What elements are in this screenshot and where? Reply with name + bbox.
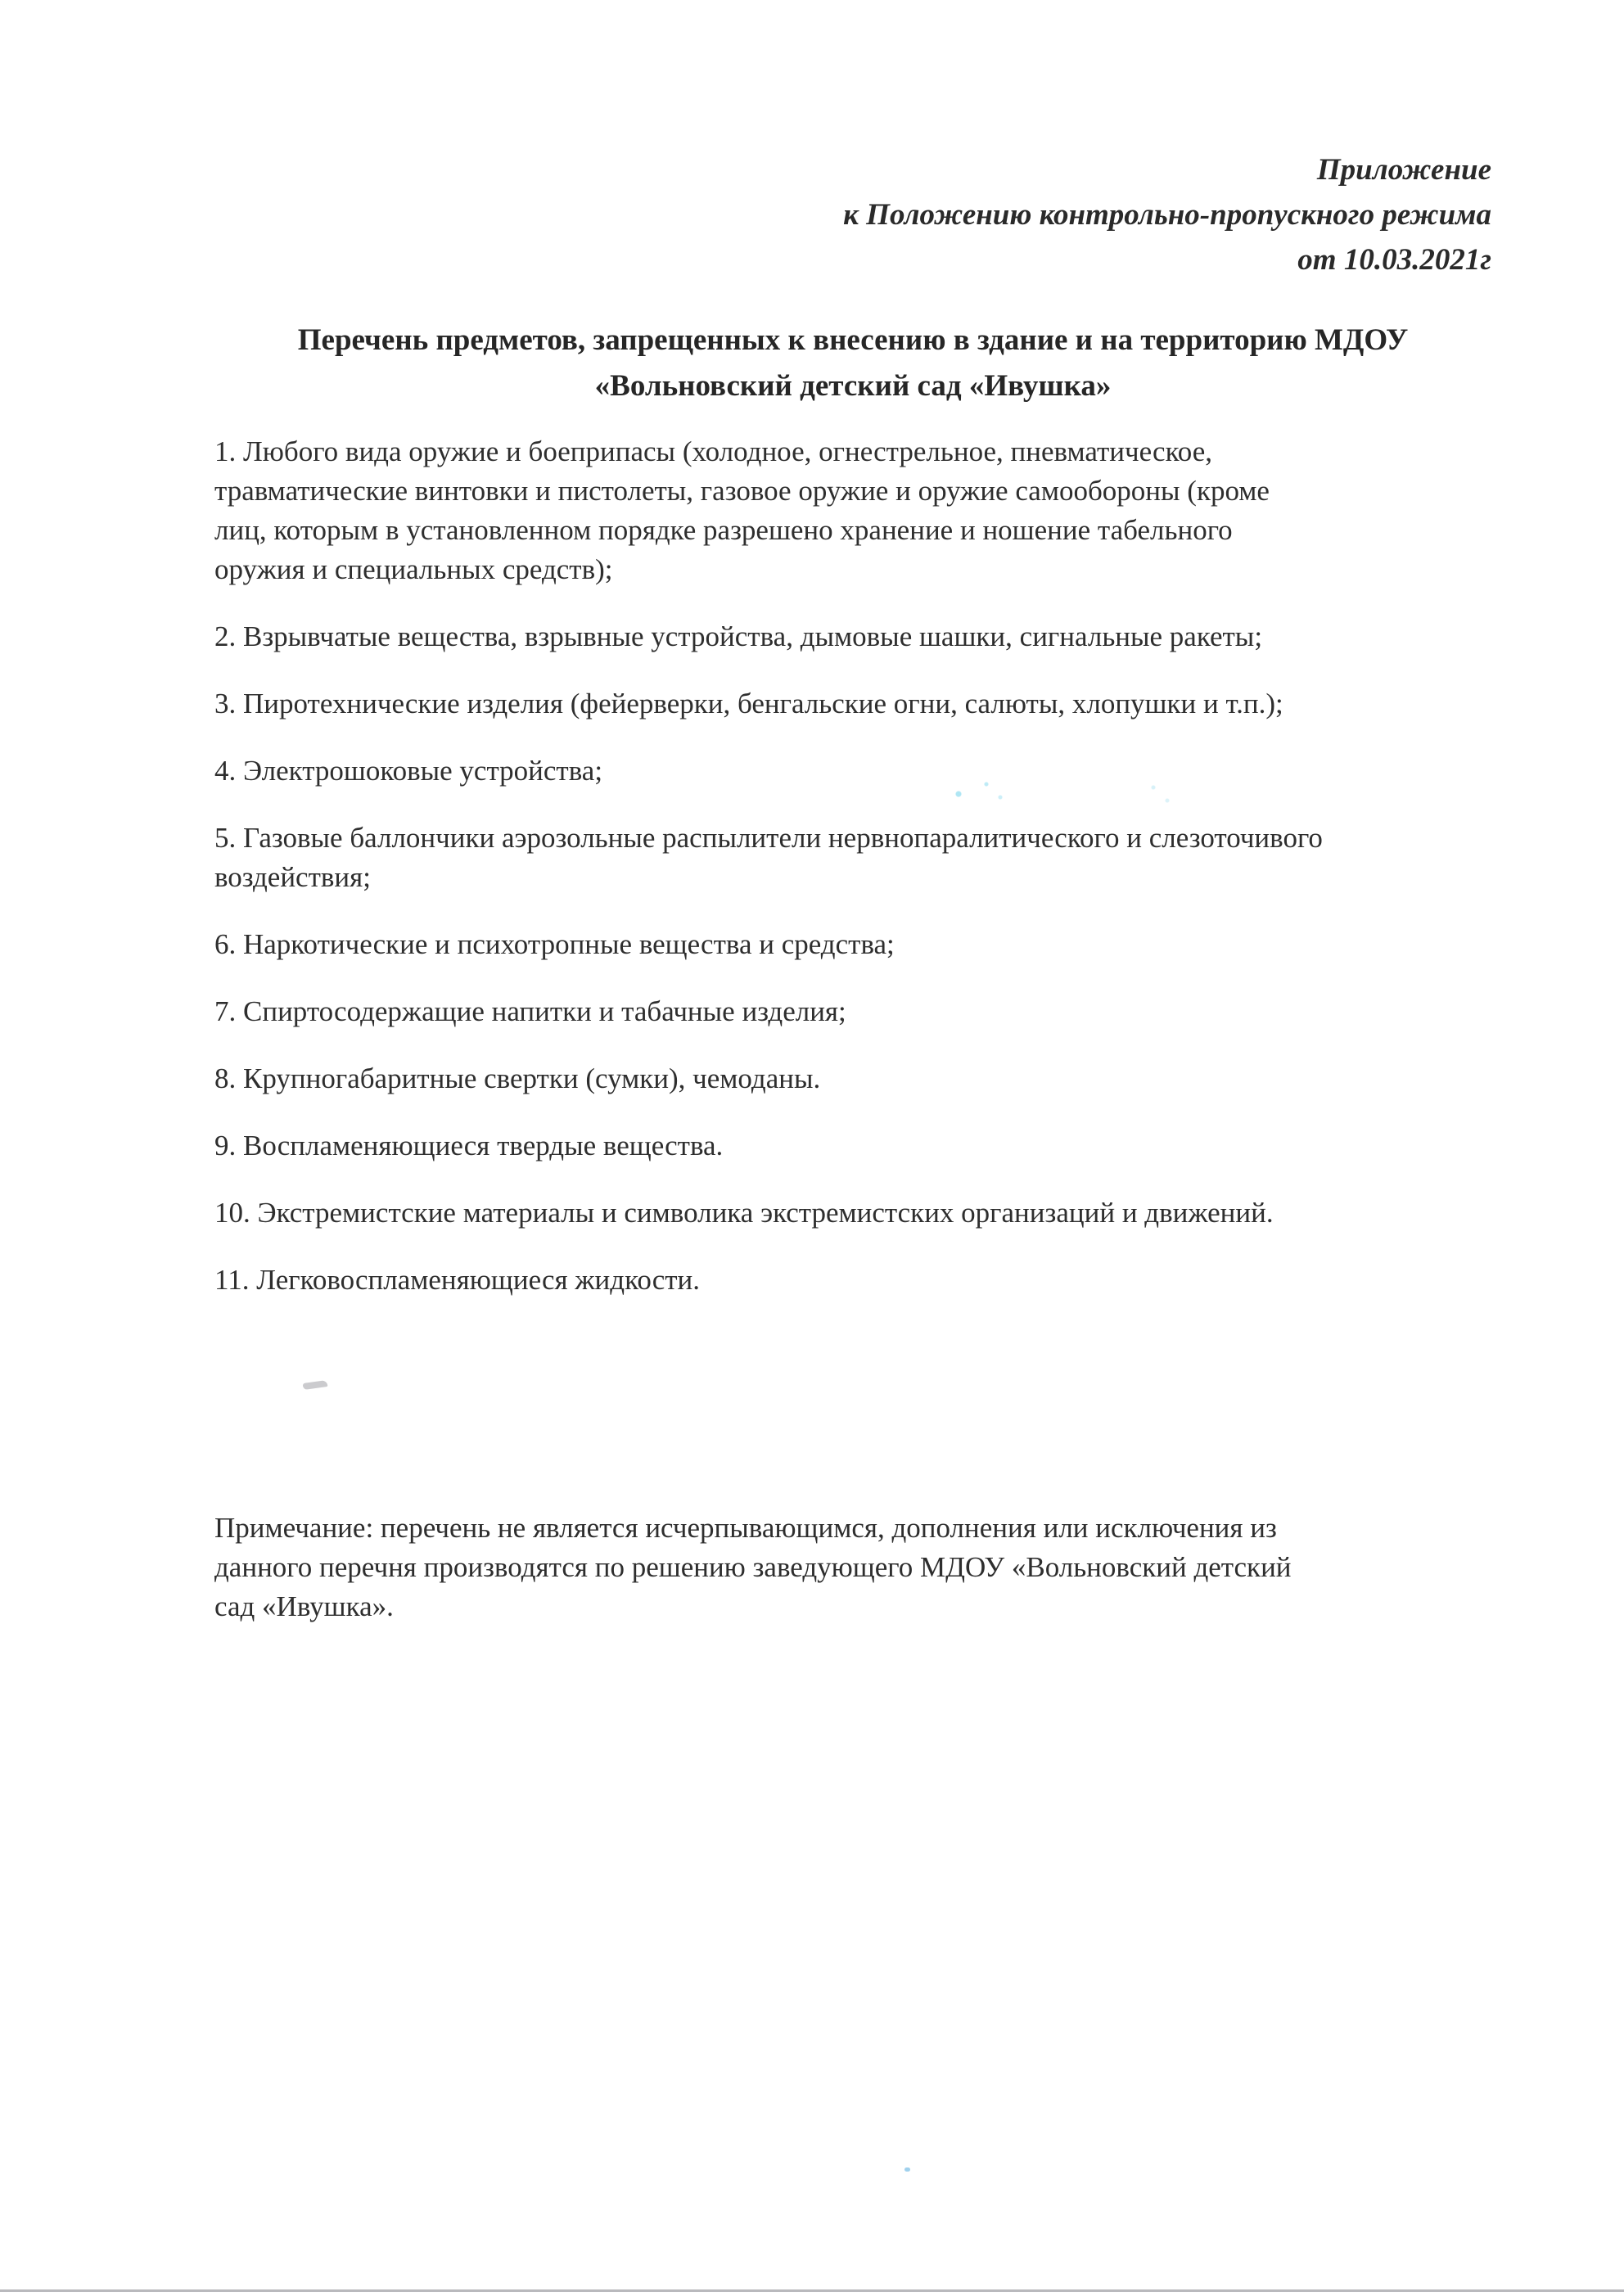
list-item-10: 10. Экстремистские материалы и символика… <box>214 1193 1508 1233</box>
list-item-5: 5. Газовые баллончики аэрозольные распыл… <box>214 819 1508 897</box>
list-item-line: 2. Взрывчатые вещества, взрывные устройс… <box>214 617 1508 656</box>
list-item-line: 7. Спиртосодержащие напитки и табачные и… <box>214 992 1508 1031</box>
list-item-3: 3. Пиротехнические изделия (фейерверки, … <box>214 684 1508 724</box>
appendix-header: Приложение к Положению контрольно-пропус… <box>843 147 1491 282</box>
title-line-1: Перечень предметов, запрещенных к внесен… <box>214 318 1491 363</box>
document-title: Перечень предметов, запрещенных к внесен… <box>214 318 1491 409</box>
list-item-line: 1. Любого вида оружие и боеприпасы (холо… <box>214 432 1508 471</box>
list-item-8: 8. Крупногабаритные свертки (сумки), чем… <box>214 1059 1508 1098</box>
list-item-2: 2. Взрывчатые вещества, взрывные устройс… <box>214 617 1508 656</box>
list-item-line: лиц, которым в установленном порядке раз… <box>214 511 1508 550</box>
document-page: Приложение к Положению контрольно-пропус… <box>0 0 1624 2296</box>
list-item-9: 9. Воспламеняющиеся твердые вещества. <box>214 1126 1508 1166</box>
list-item-6: 6. Наркотические и психотропные вещества… <box>214 925 1508 964</box>
footnote-line: Примечание: перечень не является исчерпы… <box>214 1509 1508 1548</box>
footnote: Примечание: перечень не является исчерпы… <box>214 1509 1508 1626</box>
list-item-line: 6. Наркотические и психотропные вещества… <box>214 925 1508 964</box>
list-item-line: воздействия; <box>214 858 1508 897</box>
prohibited-items-list: 1. Любого вида оружие и боеприпасы (холо… <box>214 432 1508 1328</box>
footnote-line: сад «Ивушка». <box>214 1587 1508 1626</box>
list-item-11: 11. Легковоспламеняющиеся жидкости. <box>214 1261 1508 1300</box>
list-item-line: 10. Экстремистские материалы и символика… <box>214 1193 1508 1233</box>
appendix-reference: к Положению контрольно-пропускного режим… <box>843 192 1491 237</box>
list-item-line: 3. Пиротехнические изделия (фейерверки, … <box>214 684 1508 724</box>
list-item-4: 4. Электрошоковые устройства; <box>214 751 1508 791</box>
list-item-7: 7. Спиртосодержащие напитки и табачные и… <box>214 992 1508 1031</box>
appendix-label: Приложение <box>843 147 1491 192</box>
list-item-line: 9. Воспламеняющиеся твердые вещества. <box>214 1126 1508 1166</box>
list-item-line: травматические винтовки и пистолеты, газ… <box>214 471 1508 511</box>
list-item-line: 5. Газовые баллончики аэрозольные распыл… <box>214 819 1508 858</box>
list-item-line: 4. Электрошоковые устройства; <box>214 751 1508 791</box>
scan-artifact-mark <box>303 1380 328 1390</box>
list-item-1: 1. Любого вида оружие и боеприпасы (холо… <box>214 432 1508 589</box>
list-item-line: оружия и специальных средств); <box>214 550 1508 589</box>
title-line-2: «Вольновский детский сад «Ивушка» <box>214 363 1491 409</box>
appendix-date: от 10.03.2021г <box>843 237 1491 282</box>
list-item-line: 8. Крупногабаритные свертки (сумки), чем… <box>214 1059 1508 1098</box>
scan-artifact-dot <box>904 2167 910 2172</box>
list-item-line: 11. Легковоспламеняющиеся жидкости. <box>214 1261 1508 1300</box>
footnote-line: данного перечня производятся по решению … <box>214 1548 1508 1587</box>
scan-edge-line <box>0 2289 1624 2292</box>
